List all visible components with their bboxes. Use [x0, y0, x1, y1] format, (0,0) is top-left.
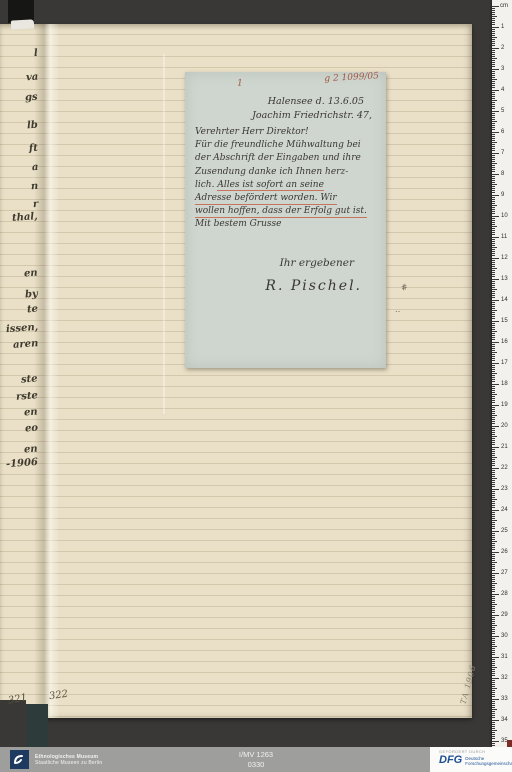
ruler-tick: [492, 100, 497, 101]
ruler-tick: [492, 314, 495, 315]
ruler-tick: [492, 650, 495, 651]
ruler-tick: [492, 495, 495, 496]
ruler-tick: [492, 285, 495, 286]
ruler-tick: [492, 262, 495, 263]
ruler-tick: [492, 102, 495, 103]
ruler-tick: [492, 699, 499, 700]
ruler-tick: [492, 289, 497, 290]
ruler-tick: [492, 480, 495, 481]
ruler-tick: [492, 415, 497, 416]
letter-line: Zusendung danke ich Ihnen herz-: [195, 166, 380, 179]
ruler-tick: [492, 726, 495, 727]
ruler-tick: [492, 327, 495, 328]
ruler-tick: [492, 192, 495, 193]
edge-fragment: a: [31, 162, 38, 173]
ruler-number: 20: [501, 423, 512, 429]
ruler-tick: [492, 346, 495, 347]
ruler-tick: [492, 188, 495, 189]
ruler-tick: [492, 18, 495, 19]
ruler-tick: [492, 543, 495, 544]
ruler-tick: [492, 29, 495, 30]
ruler-tick: [492, 211, 495, 212]
letter-line: Für die freundliche Mühwaltung bei: [195, 139, 380, 152]
ruler-tick: [492, 337, 495, 338]
ruler-tick: [492, 642, 495, 643]
letter-line: Adresse befördert worden. Wir: [195, 192, 380, 205]
ruler-tick: [492, 10, 495, 11]
ruler-tick: [492, 54, 495, 55]
ruler-tick: [492, 264, 495, 265]
ruler-tick: [492, 302, 495, 303]
ruler-tick: [492, 474, 495, 475]
ruler-tick: [492, 79, 497, 80]
ruler-tick: [492, 50, 495, 51]
ruler-tick: [492, 486, 495, 487]
ruler-tick: [492, 606, 495, 607]
ruler-number: 23: [501, 486, 512, 492]
ruler-tick: [492, 545, 495, 546]
ruler-tick: [492, 434, 495, 435]
edge-fragment: en: [24, 268, 38, 280]
ruler-tick: [492, 491, 495, 492]
ruler-tick: [492, 129, 495, 130]
ruler-tick: [492, 77, 495, 78]
ruler-tick: [492, 413, 495, 414]
ruler-tick: [492, 457, 497, 458]
ruler-tick: [492, 619, 495, 620]
ruler-tick: [492, 171, 495, 172]
ruler-tick: [492, 98, 495, 99]
ruler-tick: [492, 451, 495, 452]
letter-line: Verehrter Herr Direktor!: [195, 126, 380, 139]
ruler-tick: [492, 239, 495, 240]
ruler-tick: [492, 537, 495, 538]
ruler-tick: [492, 489, 499, 490]
ruler-tick: [492, 316, 495, 317]
ruler-number: 31: [501, 654, 512, 660]
ruler-tick: [492, 541, 497, 542]
ruler-tick: [492, 293, 495, 294]
ruler-tick: [492, 728, 495, 729]
edge-fragment: thal,: [12, 211, 38, 224]
ruler-tick: [492, 682, 495, 683]
funding-block: GEFÖRDERT DURCH DFG Deutsche Forschungsg…: [430, 747, 512, 772]
ruler-tick: [492, 291, 495, 292]
ruler-tick: [492, 405, 499, 406]
ruler-tick: [492, 421, 495, 422]
ruler-tick: [492, 127, 495, 128]
ruler-tick: [492, 365, 495, 366]
ruler-tick: [492, 564, 495, 565]
ruler-tick: [492, 470, 495, 471]
ruler-tick: [492, 66, 495, 67]
ruler-tick: [492, 428, 495, 429]
ruler-tick: [492, 610, 495, 611]
ruler-tick: [492, 646, 497, 647]
ruler-tick: [492, 549, 495, 550]
ruler-tick: [492, 654, 495, 655]
ruler-tick: [492, 615, 499, 616]
ruler-tick: [492, 438, 495, 439]
letter-closing: Ihr ergebener: [280, 257, 354, 269]
letter-line-text: Verehrter Herr Direktor!: [195, 127, 309, 137]
ruler-tick: [492, 108, 495, 109]
ruler-tick: [492, 136, 495, 137]
ruler-tick: [492, 423, 495, 424]
ruler-tick: [492, 560, 495, 561]
edge-fragment: te: [27, 304, 39, 316]
ruler-tick: [492, 356, 495, 357]
ruler-tick: [492, 594, 499, 595]
ruler-tick: [492, 276, 495, 277]
ruler-tick: [492, 678, 499, 679]
ruler-number: 14: [501, 297, 512, 303]
footer-bar: Ethnologisches Museum Staatliche Museen …: [0, 747, 512, 772]
ruler-tick: [492, 287, 495, 288]
ruler-tick: [492, 547, 495, 548]
edge-fragment: en: [24, 407, 38, 419]
ruler-tick: [492, 281, 495, 282]
ruler-tick: [492, 640, 495, 641]
ruler-tick: [492, 306, 495, 307]
ruler-tick: [492, 570, 495, 571]
dfg-name-line2: Forschungsgemeinschaft: [465, 761, 512, 766]
ruler-tick: [492, 604, 497, 605]
ruler-tick: [492, 119, 495, 120]
ruler-tick: [492, 297, 495, 298]
ruler-tick: [492, 577, 495, 578]
ruler-tick: [492, 167, 495, 168]
ruler-tick: [492, 69, 499, 70]
ruler-number: 29: [501, 612, 512, 618]
ruler-tick: [492, 552, 499, 553]
ruler-tick: [492, 384, 499, 385]
ruler-tick: [492, 260, 495, 261]
ruler-tick: [492, 705, 495, 706]
ruler-tick: [492, 153, 499, 154]
ruler-tick: [492, 249, 495, 250]
ruler-tick: [492, 396, 495, 397]
edge-fragment: en: [24, 444, 38, 456]
ruler-number: 13: [501, 276, 512, 282]
ruler-tick: [492, 379, 495, 380]
ruler-tick: [492, 22, 495, 23]
ruler-tick: [492, 499, 497, 500]
ruler-tick: [492, 644, 495, 645]
registry-annotation-number: g 2 1099/05: [324, 71, 379, 84]
ruler-tick: [492, 390, 495, 391]
ruler-tick: [492, 132, 499, 133]
ruler-tick: [492, 608, 495, 609]
ruler-tick: [492, 237, 499, 238]
ruler-tick: [492, 14, 495, 15]
ruler-tick: [492, 268, 497, 269]
ruler-tick: [492, 524, 495, 525]
ruler-tick: [492, 612, 495, 613]
ruler-tick: [492, 478, 497, 479]
ruler-tick: [492, 579, 495, 580]
ruler-tick: [492, 371, 495, 372]
ruler-tick: [492, 430, 495, 431]
ruler-tick: [492, 507, 495, 508]
ruler-tick: [492, 230, 495, 231]
ruler-tick: [492, 520, 497, 521]
ruler-tick: [492, 386, 495, 387]
ruler-tick: [492, 140, 495, 141]
ruler-number: 30: [501, 633, 512, 639]
ruler-tick: [492, 339, 495, 340]
edge-fragment: aren: [12, 338, 38, 351]
ruler-tick: [492, 321, 499, 322]
ruler-tick: [492, 518, 495, 519]
ruler-tick: [492, 207, 495, 208]
ruler-tick: [492, 142, 497, 143]
ruler-tick: [492, 696, 495, 697]
edge-fragment: issen,: [5, 322, 38, 335]
edge-fragment: rste: [16, 390, 39, 403]
ruler-tick: [492, 312, 495, 313]
ruler-number: 1: [501, 24, 512, 30]
ruler-tick: [492, 482, 495, 483]
edge-fragment: n: [30, 181, 38, 192]
ruler-tick: [492, 688, 497, 689]
ruler-tick: [492, 184, 497, 185]
ruler-number: 17: [501, 360, 512, 366]
ruler-tick: [492, 123, 495, 124]
ruler-tick: [492, 411, 495, 412]
ruler-tick: [492, 190, 495, 191]
ruler-tick: [492, 505, 495, 506]
ruler-tick: [492, 617, 495, 618]
ruler-tick: [492, 165, 495, 166]
ruler-tick: [492, 447, 499, 448]
letter-body: Verehrter Herr Direktor!Für die freundli…: [195, 126, 380, 232]
ruler-tick: [492, 325, 495, 326]
ruler-tick: [492, 627, 495, 628]
ruler-tick: [492, 369, 495, 370]
ruler-number: 15: [501, 318, 512, 324]
ruler-tick: [492, 472, 495, 473]
ruler-tick: [492, 350, 495, 351]
ruler-tick: [492, 335, 495, 336]
edge-fragment: -1906: [6, 457, 39, 470]
ruler-tick: [492, 625, 497, 626]
ruler-tick: [492, 266, 495, 267]
ruler-tick: [492, 724, 495, 725]
ruler-tick: [492, 720, 499, 721]
ruler-tick: [492, 45, 495, 46]
ruler-tick: [492, 352, 497, 353]
ruler-tick: [492, 417, 495, 418]
ruler-tick: [492, 174, 499, 175]
ruler-tick: [492, 367, 495, 368]
ruler-tick: [492, 300, 499, 301]
ruler-tick: [492, 226, 497, 227]
ruler-tick: [492, 375, 495, 376]
ruler-tick: [492, 272, 495, 273]
ruler-tick: [492, 96, 495, 97]
ruler-tick: [492, 155, 495, 156]
ruler-tick: [492, 591, 495, 592]
letter-line-text: Mit bestem Grusse: [195, 219, 281, 229]
ruler-tick: [492, 667, 497, 668]
ruler-tick: [492, 344, 495, 345]
ruler-tick: [492, 176, 495, 177]
ruler-tick: [492, 709, 497, 710]
ruler-tick: [492, 182, 495, 183]
ruler-tick: [492, 661, 495, 662]
ruler-tick: [492, 600, 495, 601]
ruler-tick: [492, 146, 495, 147]
ruler-tick: [492, 514, 495, 515]
ruler-tick: [492, 669, 495, 670]
ruler-tick: [492, 342, 499, 343]
ruler-tick: [492, 531, 499, 532]
ruler-tick: [492, 251, 495, 252]
ruler-tick: [492, 73, 495, 74]
ruler-tick: [492, 631, 495, 632]
ruler-tick: [492, 373, 497, 374]
dfg-logo: DFG Deutsche Forschungsgemeinschaft: [439, 755, 512, 766]
ruler-number: 32: [501, 675, 512, 681]
ruler-tick: [492, 87, 495, 88]
ruler-number: 16: [501, 339, 512, 345]
ruler-tick: [492, 734, 495, 735]
ruler-number: 12: [501, 255, 512, 261]
ruler-tick: [492, 360, 495, 361]
ruler-tick: [492, 329, 495, 330]
ruler-tick: [492, 596, 495, 597]
ruler-tick: [492, 245, 495, 246]
ruler-tick: [492, 526, 495, 527]
ruler-tick: [492, 629, 495, 630]
ruler-tick: [492, 163, 497, 164]
ruler-tick: [492, 453, 495, 454]
ruler-tick: [492, 581, 495, 582]
ruler-tick: [492, 648, 495, 649]
ruler-tick: [492, 310, 497, 311]
ruler-number: 11: [501, 234, 512, 240]
ruler-tick: [492, 258, 499, 259]
ruler-tick: [492, 381, 495, 382]
registry-annotation: 1 g 2 1099/05: [237, 71, 379, 88]
ruler-number: 26: [501, 549, 512, 555]
ruler-tick: [492, 56, 495, 57]
ruler-tick: [492, 37, 497, 38]
ruler-tick: [492, 598, 495, 599]
ruler-tick: [492, 197, 495, 198]
ruler-tick: [492, 205, 497, 206]
ruler-tick: [492, 201, 495, 202]
ruler-tick: [492, 199, 495, 200]
ruler-tick: [492, 48, 499, 49]
letter-signature: R. Pischel.: [265, 278, 362, 294]
ruler-tick: [492, 400, 495, 401]
ruler-tick: [492, 484, 495, 485]
ruler-tick: [492, 304, 495, 305]
ruler-tick: [492, 535, 495, 536]
ruler-tick: [492, 562, 497, 563]
letter-line: lich. Alles ist sofort an seine: [195, 179, 380, 192]
ruler-tick: [492, 713, 495, 714]
ruler-tick: [492, 510, 499, 511]
ruler-tick: [492, 730, 497, 731]
ruler-tick: [492, 71, 495, 72]
ruler-tick: [492, 12, 495, 13]
ruler-tick: [492, 323, 495, 324]
letter-line-underlined: Adresse befördert worden. Wir: [195, 193, 337, 205]
ruler-tick: [492, 633, 495, 634]
ruler-tick: [492, 442, 495, 443]
ruler-tick: [492, 209, 495, 210]
ruler-tick: [492, 138, 495, 139]
ruler-tick: [492, 241, 495, 242]
ruler-number: 5: [501, 108, 512, 114]
ruler-tick: [492, 675, 495, 676]
ruler-tick: [492, 558, 495, 559]
edge-fragment: gs: [25, 92, 38, 104]
ruler-tick: [492, 115, 495, 116]
edge-fragment: r: [32, 199, 38, 210]
ruler-tick: [492, 493, 495, 494]
dfg-name: Deutsche Forschungsgemeinschaft: [465, 756, 512, 766]
ruler-tick: [492, 732, 495, 733]
ruler-number: 27: [501, 570, 512, 576]
ruler-tick: [492, 741, 499, 742]
ruler-number: 8: [501, 171, 512, 177]
ruler-number: 3: [501, 66, 512, 72]
edge-fragment: va: [25, 72, 38, 84]
ruler-tick: [492, 440, 495, 441]
registry-annotation-mark: 1: [237, 78, 243, 88]
ruler-tick: [492, 220, 495, 221]
ruler-tick: [492, 35, 495, 36]
ruler-tick: [492, 354, 495, 355]
ruler-tick: [492, 64, 495, 65]
ruler-tick: [492, 419, 495, 420]
letter-line-text: der Abschrift der Eingaben und ihre: [195, 153, 361, 163]
facing-page-edge: lvagslbftanrthal,enbyteissen,arensterste…: [0, 0, 44, 700]
ruler-tick: [492, 638, 495, 639]
edge-fragment: ste: [21, 373, 38, 385]
ruler-tick: [492, 121, 497, 122]
edge-fragment: lb: [27, 120, 39, 132]
ruler-tick: [492, 663, 495, 664]
ruler-tick: [492, 6, 499, 7]
ruler-tick: [492, 33, 495, 34]
ruler-tick: [492, 554, 495, 555]
ruler-tick: [492, 703, 495, 704]
ruler-tick: [492, 684, 495, 685]
ruler-tick: [492, 636, 499, 637]
ruler-tick: [492, 680, 495, 681]
ruler-tick: [492, 150, 495, 151]
ruler-tick: [492, 533, 495, 534]
ruler-number: 21: [501, 444, 512, 450]
letter-line: der Abschrift der Eingaben und ihre: [195, 152, 380, 165]
ruler-tick: [492, 468, 499, 469]
ruler-tick: [492, 392, 495, 393]
letter-line: Mit bestem Grusse: [195, 218, 380, 231]
ruler-number: 18: [501, 381, 512, 387]
ruler-tick: [492, 432, 495, 433]
ruler-tick: [492, 659, 495, 660]
ruler-tick: [492, 144, 495, 145]
ruler-tick: [492, 134, 495, 135]
ruler-tick: [492, 461, 495, 462]
ruler-tick: [492, 736, 495, 737]
ruler-tick: [492, 497, 495, 498]
